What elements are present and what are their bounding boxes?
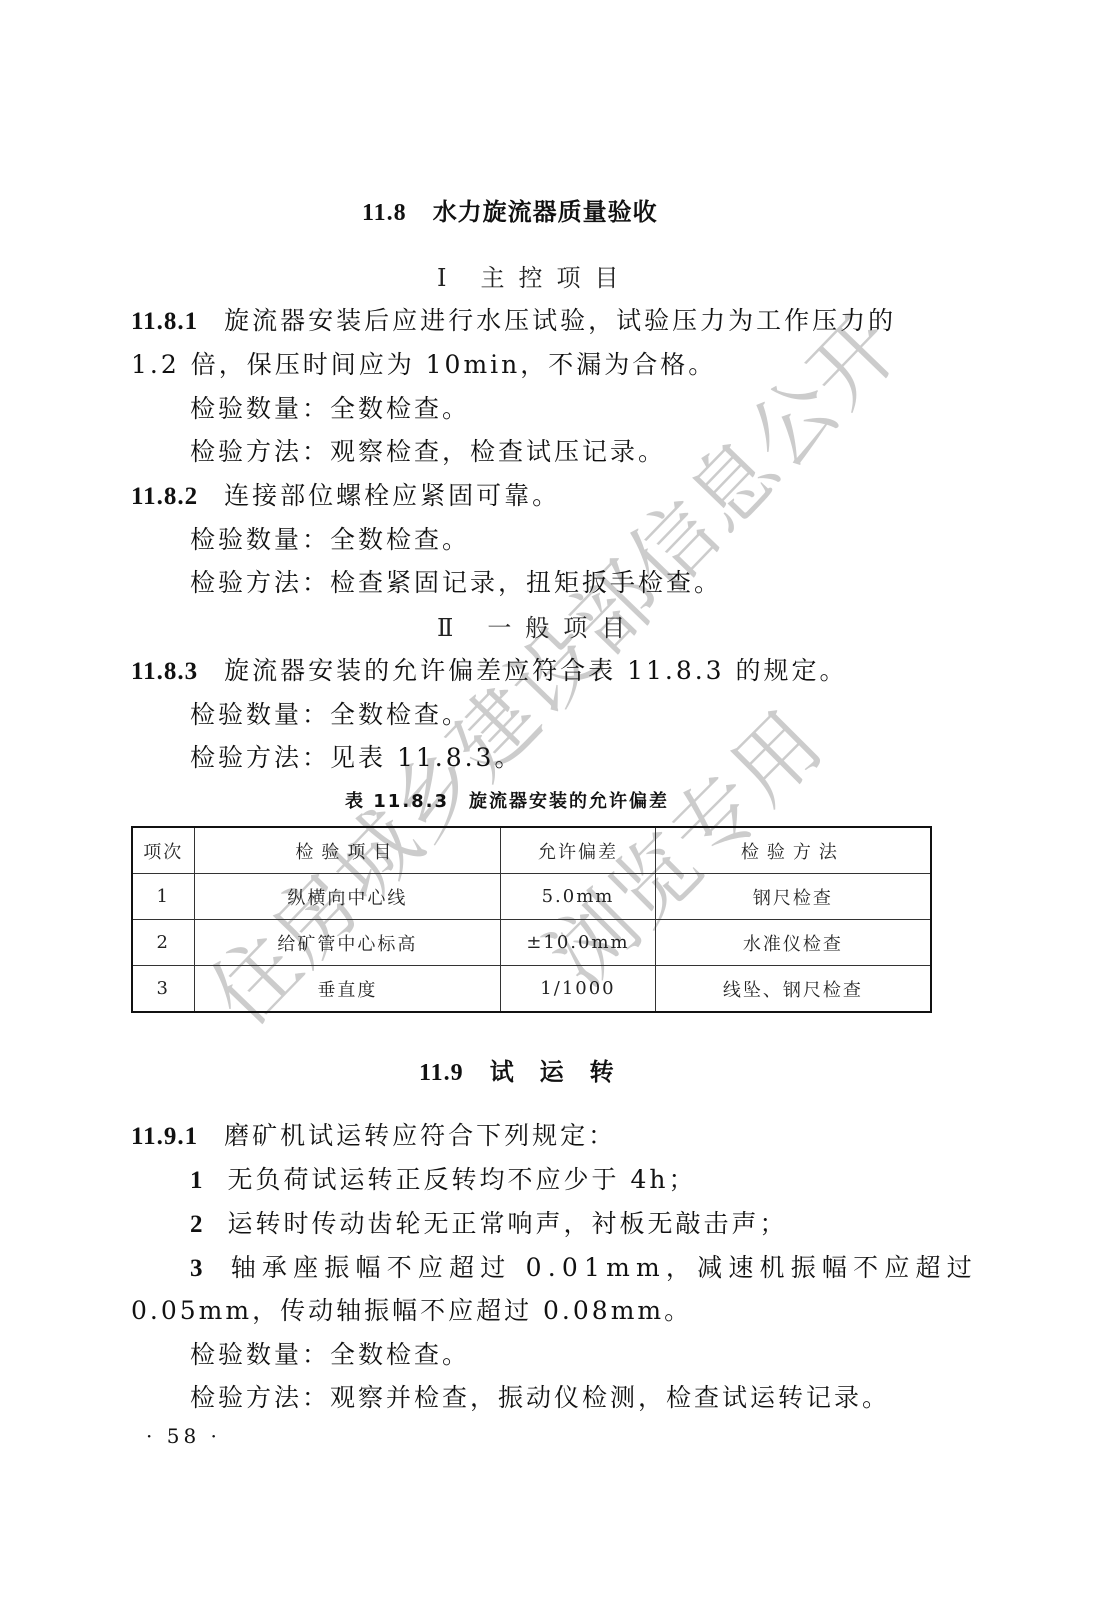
clause-text-continuation: 1.2 倍，保压时间应为 10min，不漏为合格。 — [131, 345, 716, 381]
inspection-method: 检验方法：见表 11.8.3。 — [190, 738, 522, 774]
subsection-roman: Ⅰ — [437, 264, 460, 292]
cell-inspection-item: 垂直度 — [194, 966, 501, 1013]
subsection-title: 主控项目 — [480, 264, 632, 292]
table-row: 2 给矿管中心标高 ±10.0mm 水准仪检查 — [132, 920, 931, 966]
table-row: 3 垂直度 1/1000 线坠、钢尺检查 — [132, 966, 931, 1013]
clause-11-8-2: 11.8.2连接部位螺栓应紧固可靠。 — [131, 476, 560, 512]
list-item-text: 轴承座振幅不应超过 0.01mm，减速机振幅不应超过 — [231, 1253, 978, 1282]
subsection-heading-primary-items: Ⅰ主控项目 — [437, 258, 632, 293]
clause-number: 11.9.1 — [131, 1123, 198, 1150]
clause-11-9-1: 11.9.1磨矿机试运转应符合下列规定： — [131, 1116, 616, 1152]
cell-item-no: 2 — [132, 920, 194, 966]
list-item-text: 无负荷试运转正反转均不应少于 4h； — [228, 1165, 697, 1194]
clause-number: 11.8.2 — [131, 483, 198, 510]
inspection-quantity: 检验数量：全数检查。 — [190, 520, 470, 556]
cell-allowable-deviation: ±10.0mm — [501, 920, 655, 966]
list-item: 1无负荷试运转正反转均不应少于 4h； — [190, 1160, 696, 1196]
tolerance-table: 项次 检验项目 允许偏差 检验方法 1 纵横向中心线 5.0mm 钢尺检查 2 … — [131, 826, 932, 1013]
subsection-roman: Ⅱ — [437, 614, 467, 642]
cell-item-no: 3 — [132, 966, 194, 1013]
section-heading-11-8: 11.8水力旋流器质量验收 — [362, 192, 658, 227]
cell-allowable-deviation: 5.0mm — [501, 874, 655, 920]
header-inspection-item: 检验项目 — [194, 827, 501, 874]
list-item: 2运转时传动齿轮无正常响声，衬板无敲击声； — [190, 1204, 788, 1240]
cell-inspection-item: 纵横向中心线 — [194, 874, 501, 920]
clause-number: 11.8.3 — [131, 658, 198, 685]
section-number: 11.9 — [419, 1060, 464, 1086]
clause-text: 磨矿机试运转应符合下列规定： — [224, 1121, 616, 1150]
table-caption: 表 11.8.3旋流器安装的允许偏差 — [345, 787, 669, 813]
clause-11-8-3: 11.8.3旋流器安装的允许偏差应符合表 11.8.3 的规定。 — [131, 651, 848, 687]
clause-number: 11.8.1 — [131, 308, 198, 335]
cell-inspection-method: 水准仪检查 — [655, 920, 931, 966]
table-title: 旋流器安装的允许偏差 — [469, 791, 669, 812]
table-header-row: 项次 检验项目 允许偏差 检验方法 — [132, 827, 931, 874]
section-title: 水力旋流器质量验收 — [433, 198, 658, 226]
header-item-no: 项次 — [132, 827, 194, 874]
cell-allowable-deviation: 1/1000 — [501, 966, 655, 1013]
section-number: 11.8 — [362, 200, 407, 226]
clause-text: 旋流器安装的允许偏差应符合表 11.8.3 的规定。 — [224, 656, 847, 685]
page-number: · 58 · — [146, 1424, 221, 1448]
table-number: 表 11.8.3 — [345, 791, 449, 812]
list-item-continuation: 0.05mm，传动轴振幅不应超过 0.08mm。 — [131, 1291, 692, 1327]
table-row: 1 纵横向中心线 5.0mm 钢尺检查 — [132, 874, 931, 920]
section-title: 试 运 转 — [490, 1058, 615, 1086]
header-inspection-method: 检验方法 — [655, 827, 931, 874]
cell-inspection-method: 线坠、钢尺检查 — [655, 966, 931, 1013]
inspection-quantity: 检验数量：全数检查。 — [190, 695, 470, 731]
inspection-method: 检验方法：检查紧固记录，扭矩扳手检查。 — [190, 563, 722, 599]
header-allowable-deviation: 允许偏差 — [501, 827, 655, 874]
cell-inspection-method: 钢尺检查 — [655, 874, 931, 920]
cell-inspection-item: 给矿管中心标高 — [194, 920, 501, 966]
list-item-text: 运转时传动齿轮无正常响声，衬板无敲击声； — [228, 1209, 788, 1238]
list-item-number: 1 — [190, 1167, 206, 1194]
document-page: 住房城乡建设部信息公开 浏览专用 11.8水力旋流器质量验收 Ⅰ主控项目 11.… — [0, 0, 1102, 1598]
clause-11-8-1: 11.8.1旋流器安装后应进行水压试验，试验压力为工作压力的 — [131, 301, 896, 337]
inspection-quantity: 检验数量：全数检查。 — [190, 1335, 470, 1371]
clause-text: 连接部位螺栓应紧固可靠。 — [224, 481, 560, 510]
section-heading-11-9: 11.9试 运 转 — [419, 1052, 615, 1087]
list-item-number: 2 — [190, 1211, 206, 1238]
subsection-heading-general-items: Ⅱ一般项目 — [437, 608, 639, 643]
inspection-quantity: 检验数量：全数检查。 — [190, 389, 470, 425]
inspection-method: 检验方法：观察并检查，振动仪检测，检查试运转记录。 — [190, 1378, 890, 1414]
subsection-title: 一般项目 — [487, 614, 639, 642]
list-item-number: 3 — [190, 1255, 209, 1282]
clause-text: 旋流器安装后应进行水压试验，试验压力为工作压力的 — [224, 306, 896, 335]
inspection-method: 检验方法：观察检查，检查试压记录。 — [190, 432, 666, 468]
cell-item-no: 1 — [132, 874, 194, 920]
list-item: 3轴承座振幅不应超过 0.01mm，减速机振幅不应超过 — [190, 1248, 978, 1284]
